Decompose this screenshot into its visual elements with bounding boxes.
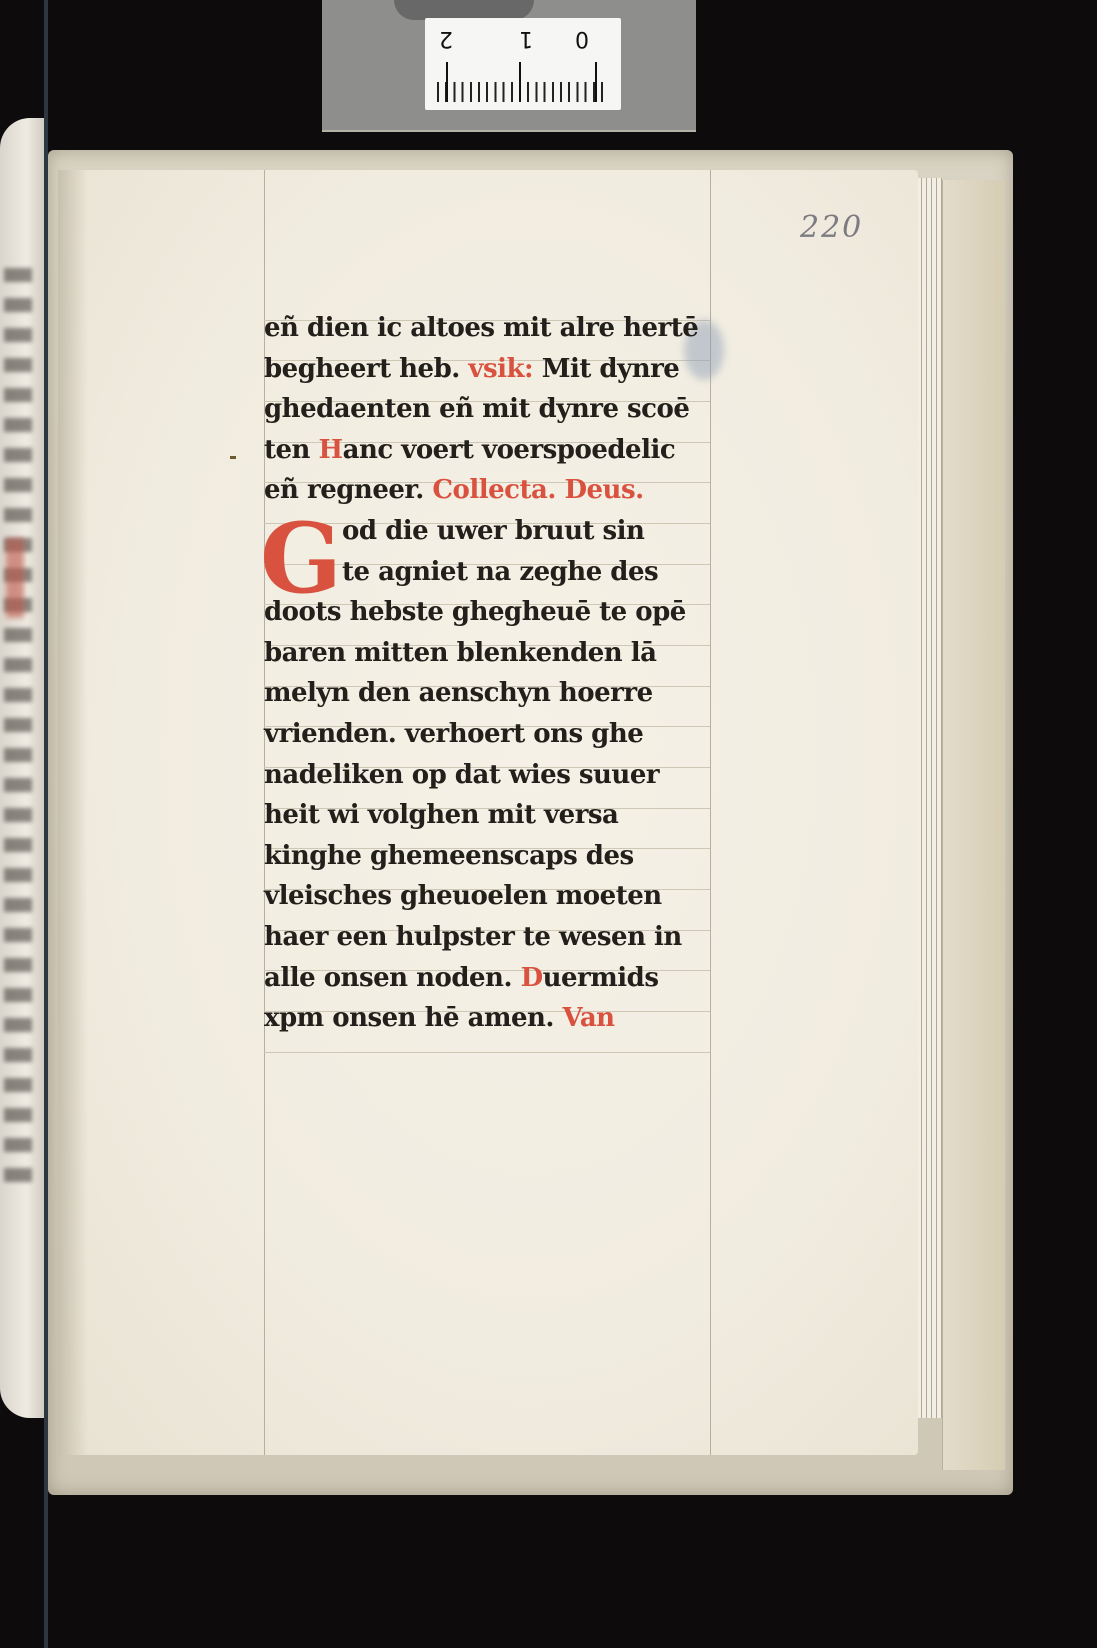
text-line: ghedaenten eñ mit dynre scoē [264, 389, 744, 430]
text-line: od die uwer bruut sin [264, 511, 744, 552]
ink-text: te agniet na zeghe des [342, 557, 658, 587]
ink-text: ten [264, 435, 319, 465]
ink-text: haer een hulpster te wesen in [264, 922, 682, 952]
measurement-ruler: 0 1 2 [425, 18, 621, 110]
rubric-text: H [319, 435, 343, 465]
ink-text: baren mitten blenkenden lā [264, 638, 657, 668]
ink-text: doots hebste ghegheuē te opē [264, 597, 686, 627]
shadow-object [394, 0, 534, 20]
text-line: melyn den aenschyn hoerre [264, 673, 744, 714]
ruler-major-tick [519, 62, 521, 102]
rubric-text: vsik: [468, 354, 541, 384]
gutter-shadow [58, 170, 88, 1455]
blurred-text [4, 268, 32, 1188]
ink-text: uermids [543, 963, 659, 993]
text-line: doots hebste ghegheuē te opē [264, 592, 744, 633]
text-line: alle onsen noden. Duermids [264, 958, 744, 999]
text-line: vleisches gheuoelen moeten [264, 876, 744, 917]
text-line: haer een hulpster te wesen in [264, 917, 744, 958]
adjacent-page-left [0, 118, 44, 1418]
ruler-major-tick [446, 62, 448, 102]
ink-text: heit wi volghen mit versa [264, 800, 618, 830]
text-line: kinghe ghemeenscaps des [264, 836, 744, 877]
text-line: begheert heb. vsik: Mit dynre [264, 349, 744, 390]
ruler-label-0: 0 [575, 26, 589, 51]
ink-text: Mit dynre [542, 354, 680, 384]
ink-text: ghedaenten eñ mit dynre scoē [264, 394, 689, 424]
folio-number: 220 [800, 210, 863, 245]
text-block: G eñ dien ic altoes mit alre hertē beghe… [264, 308, 744, 1039]
binding-flap [942, 180, 1005, 1470]
rubric-heading: Collecta. Deus. [432, 475, 643, 505]
ink-text: alle onsen noden. [264, 963, 521, 993]
text-line: xpm onsen hē amen. Van [264, 998, 744, 1039]
ink-text: vleisches gheuoelen moeten [264, 881, 662, 911]
blurred-rubric [6, 538, 24, 618]
text-line: nadeliken op dat wies suuer [264, 755, 744, 796]
scale-card: 0 1 2 [322, 0, 696, 132]
text-line: vrienden. verhoert ons ghe [264, 714, 744, 755]
text-line: eñ regneer. Collecta. Deus. [264, 470, 744, 511]
ruler-label-1: 1 [519, 26, 533, 51]
text-line: baren mitten blenkenden lā [264, 633, 744, 674]
ink-text: begheert heb. [264, 354, 468, 384]
ink-text: melyn den aenschyn hoerre [264, 678, 653, 708]
manuscript-page: 220 G eñ dien ic altoes mit alre hertē b… [58, 170, 918, 1455]
margin-mark [230, 456, 236, 459]
ink-text: vrienden. verhoert ons ghe [264, 719, 643, 749]
ruling-line [264, 1052, 710, 1053]
rubric-catchword: Van [563, 1003, 615, 1033]
ink-text: eñ regneer. [264, 475, 432, 505]
ink-text: xpm onsen hē amen. [264, 1003, 563, 1033]
text-line: ten Hanc voert voerspoedelic [264, 430, 744, 471]
ink-text: anc voert voerspoedelic [343, 435, 676, 465]
ruler-label-2: 2 [439, 26, 453, 51]
ink-text: nadeliken op dat wies suuer [264, 760, 659, 790]
ink-text: od die uwer bruut sin [342, 516, 644, 546]
ruler-major-tick [595, 62, 597, 102]
text-line: te agniet na zeghe des [264, 552, 744, 593]
text-line: heit wi volghen mit versa [264, 795, 744, 836]
ruler-ticks [437, 68, 609, 102]
ink-text: eñ dien ic altoes mit alre hertē [264, 313, 698, 343]
text-line: eñ dien ic altoes mit alre hertē [264, 308, 744, 349]
rubric-text: D [521, 963, 543, 993]
ink-text: kinghe ghemeenscaps des [264, 841, 634, 871]
